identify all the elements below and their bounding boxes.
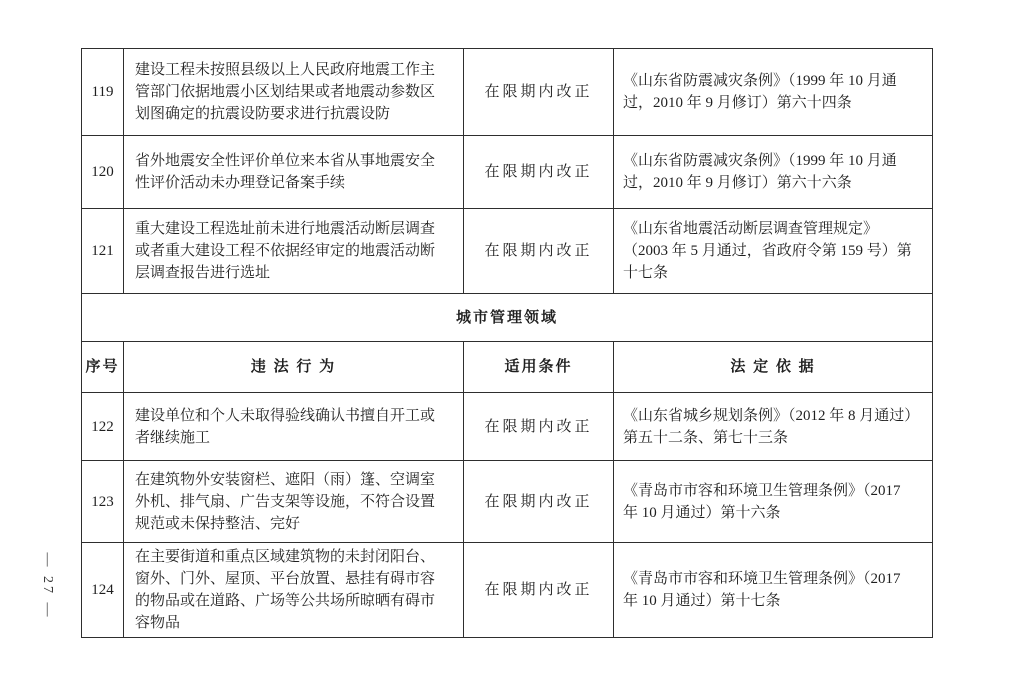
document-page: — 27 — 119 建设工程未按照县级以上人民政府地震工作主 管部门依据地震小… — [0, 0, 1018, 685]
violation-cell: 在建筑物外安装窗栏、遮阳（雨）篷、空调室 外机、排气扇、广告支架等设施，不符合设… — [124, 461, 464, 543]
condition-cell: 在限期内改正 — [464, 136, 614, 209]
row-number-cell: 121 — [82, 209, 124, 294]
column-header-basis: 法 定 依 据 — [614, 342, 933, 393]
row-number-cell: 124 — [82, 543, 124, 638]
table-row-121: 121 重大建设工程选址前未进行地震活动断层调查 或者重大建设工程不依据经审定的… — [82, 209, 933, 294]
legal-basis-cell: 《青岛市市容和环境卫生管理条例》（2017 年 10 月通过）第十六条 — [614, 461, 933, 543]
row-number-cell: 120 — [82, 136, 124, 209]
column-header-row: 序号 违 法 行 为 适用条件 法 定 依 据 — [82, 342, 933, 393]
page-number: — 27 — — [37, 536, 57, 636]
regulation-table: 119 建设工程未按照县级以上人民政府地震工作主 管部门依据地震小区划结果或者地… — [81, 48, 933, 638]
condition-cell: 在限期内改正 — [464, 49, 614, 136]
legal-basis-cell: 《山东省城乡规划条例》（2012 年 8 月通过） 第五十二条、第七十三条 — [614, 393, 933, 461]
condition-cell: 在限期内改正 — [464, 209, 614, 294]
legal-basis-cell: 《山东省防震减灾条例》（1999 年 10 月通 过，2010 年 9 月修订）… — [614, 136, 933, 209]
row-number-cell: 123 — [82, 461, 124, 543]
violation-cell: 省外地震安全性评价单位来本省从事地震安全 性评价活动未办理登记备案手续 — [124, 136, 464, 209]
table-row-123: 123 在建筑物外安装窗栏、遮阳（雨）篷、空调室 外机、排气扇、广告支架等设施，… — [82, 461, 933, 543]
section-title: 城市管理领域 — [82, 294, 933, 342]
violation-cell: 建设工程未按照县级以上人民政府地震工作主 管部门依据地震小区划结果或者地震动参数… — [124, 49, 464, 136]
table-row-119: 119 建设工程未按照县级以上人民政府地震工作主 管部门依据地震小区划结果或者地… — [82, 49, 933, 136]
condition-cell: 在限期内改正 — [464, 543, 614, 638]
condition-cell: 在限期内改正 — [464, 393, 614, 461]
column-header-no: 序号 — [82, 342, 124, 393]
legal-basis-cell: 《山东省防震减灾条例》（1999 年 10 月通 过，2010 年 9 月修订）… — [614, 49, 933, 136]
legal-basis-cell: 《青岛市市容和环境卫生管理条例》（2017 年 10 月通过）第十七条 — [614, 543, 933, 638]
violation-cell: 重大建设工程选址前未进行地震活动断层调查 或者重大建设工程不依据经审定的地震活动… — [124, 209, 464, 294]
violation-cell: 建设单位和个人未取得验线确认书擅自开工或 者继续施工 — [124, 393, 464, 461]
table-row-124: 124 在主要街道和重点区域建筑物的未封闭阳台、 窗外、门外、屋顶、平台放置、悬… — [82, 543, 933, 638]
row-number-cell: 119 — [82, 49, 124, 136]
violation-cell: 在主要街道和重点区域建筑物的未封闭阳台、 窗外、门外、屋顶、平台放置、悬挂有碍市… — [124, 543, 464, 638]
column-header-condition: 适用条件 — [464, 342, 614, 393]
column-header-violation: 违 法 行 为 — [124, 342, 464, 393]
table-row-120: 120 省外地震安全性评价单位来本省从事地震安全 性评价活动未办理登记备案手续 … — [82, 136, 933, 209]
row-number-cell: 122 — [82, 393, 124, 461]
section-header-row: 城市管理领域 — [82, 294, 933, 342]
legal-basis-cell: 《山东省地震活动断层调查管理规定》 （2003 年 5 月通过，省政府令第 15… — [614, 209, 933, 294]
table-row-122: 122 建设单位和个人未取得验线确认书擅自开工或 者继续施工 在限期内改正 《山… — [82, 393, 933, 461]
condition-cell: 在限期内改正 — [464, 461, 614, 543]
